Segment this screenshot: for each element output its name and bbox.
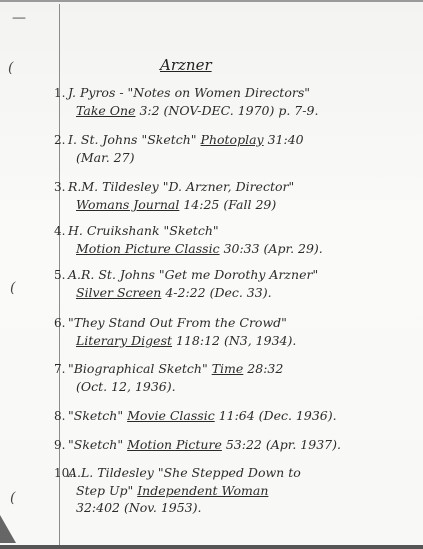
journal-title: Motion Picture (127, 437, 222, 452)
journal-title: Photoplay (201, 132, 264, 147)
bibliography-entry: 5.A.R. St. Johns "Get me Dorothy Arzner"… (54, 266, 318, 301)
hole-punch-mark: ( (8, 60, 13, 76)
bibliography-entry: 9."Sketch" Motion Picture 53:22 (Apr. 19… (54, 436, 341, 454)
folded-corner-shadow (0, 515, 16, 543)
bibliography-entry: 7."Biographical Sketch" Time 28:32 (Oct.… (54, 360, 283, 395)
journal-title: Independent Woman (137, 483, 268, 498)
hole-punch-mark: ( (10, 280, 15, 296)
bibliography-entry: 2.I. St. Johns "Sketch" Photoplay 31:40 … (54, 131, 304, 166)
bibliography-entry: 3.R.M. Tildesley "D. Arzner, Director" W… (54, 178, 294, 213)
bibliography-entry: 4.H. Cruikshank "Sketch" Motion Picture … (54, 222, 323, 257)
bibliography-entry: 8."Sketch" Movie Classic 11:64 (Dec. 193… (54, 407, 337, 425)
page-top-edge (0, 0, 423, 2)
journal-title: Literary Digest (76, 333, 172, 348)
page-bottom-edge (0, 545, 423, 549)
journal-title: Motion Picture Classic (76, 241, 220, 256)
bibliography-entry: 1.J. Pyros - "Notes on Women Directors" … (54, 84, 318, 119)
journal-title: Womans Journal (76, 197, 179, 212)
bibliography-entry: 10.A.L. Tildesley "She Stepped Down to S… (54, 464, 301, 516)
page-title: Arzner (160, 56, 212, 74)
journal-title: Time (212, 361, 244, 376)
margin-mark: — (12, 10, 26, 26)
bibliography-entry: 6."They Stand Out From the Crowd" Litera… (54, 314, 296, 349)
hole-punch-mark: ( (10, 490, 15, 506)
journal-title: Movie Classic (127, 408, 215, 423)
journal-title: Silver Screen (76, 285, 161, 300)
journal-title: Take One (76, 103, 135, 118)
scanned-page: — ( ( ( Arzner 1.J. Pyros - "Notes on Wo… (0, 0, 423, 546)
